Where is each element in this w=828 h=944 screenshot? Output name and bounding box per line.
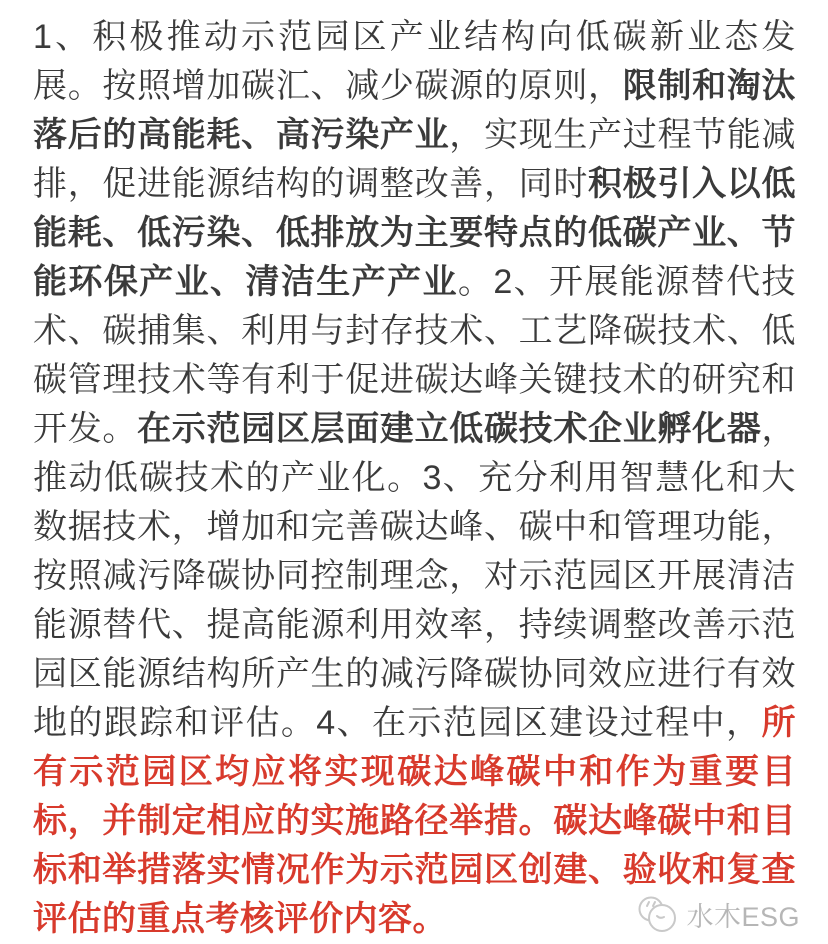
watermark: 水木ESG	[637, 894, 800, 934]
shuimu-esg-logo-icon	[637, 894, 679, 934]
article: 1、积极推动示范园区产业结构向低碳新业态发展。按照增加碳汇、减少碳源的原则，限制…	[0, 0, 828, 944]
text-run: 在示范园区层面建立低碳技术企业孵化器	[137, 410, 761, 448]
watermark-label: 水木ESG	[686, 895, 800, 934]
text-run: ，推动低碳技术的产业化。3、充分利用智慧化和大数据技术，增加和完善碳达峰、碳中和…	[33, 410, 796, 742]
article-text: 1、积极推动示范园区产业结构向低碳新业态发展。按照增加碳汇、减少碳源的原则，限制…	[33, 13, 796, 944]
